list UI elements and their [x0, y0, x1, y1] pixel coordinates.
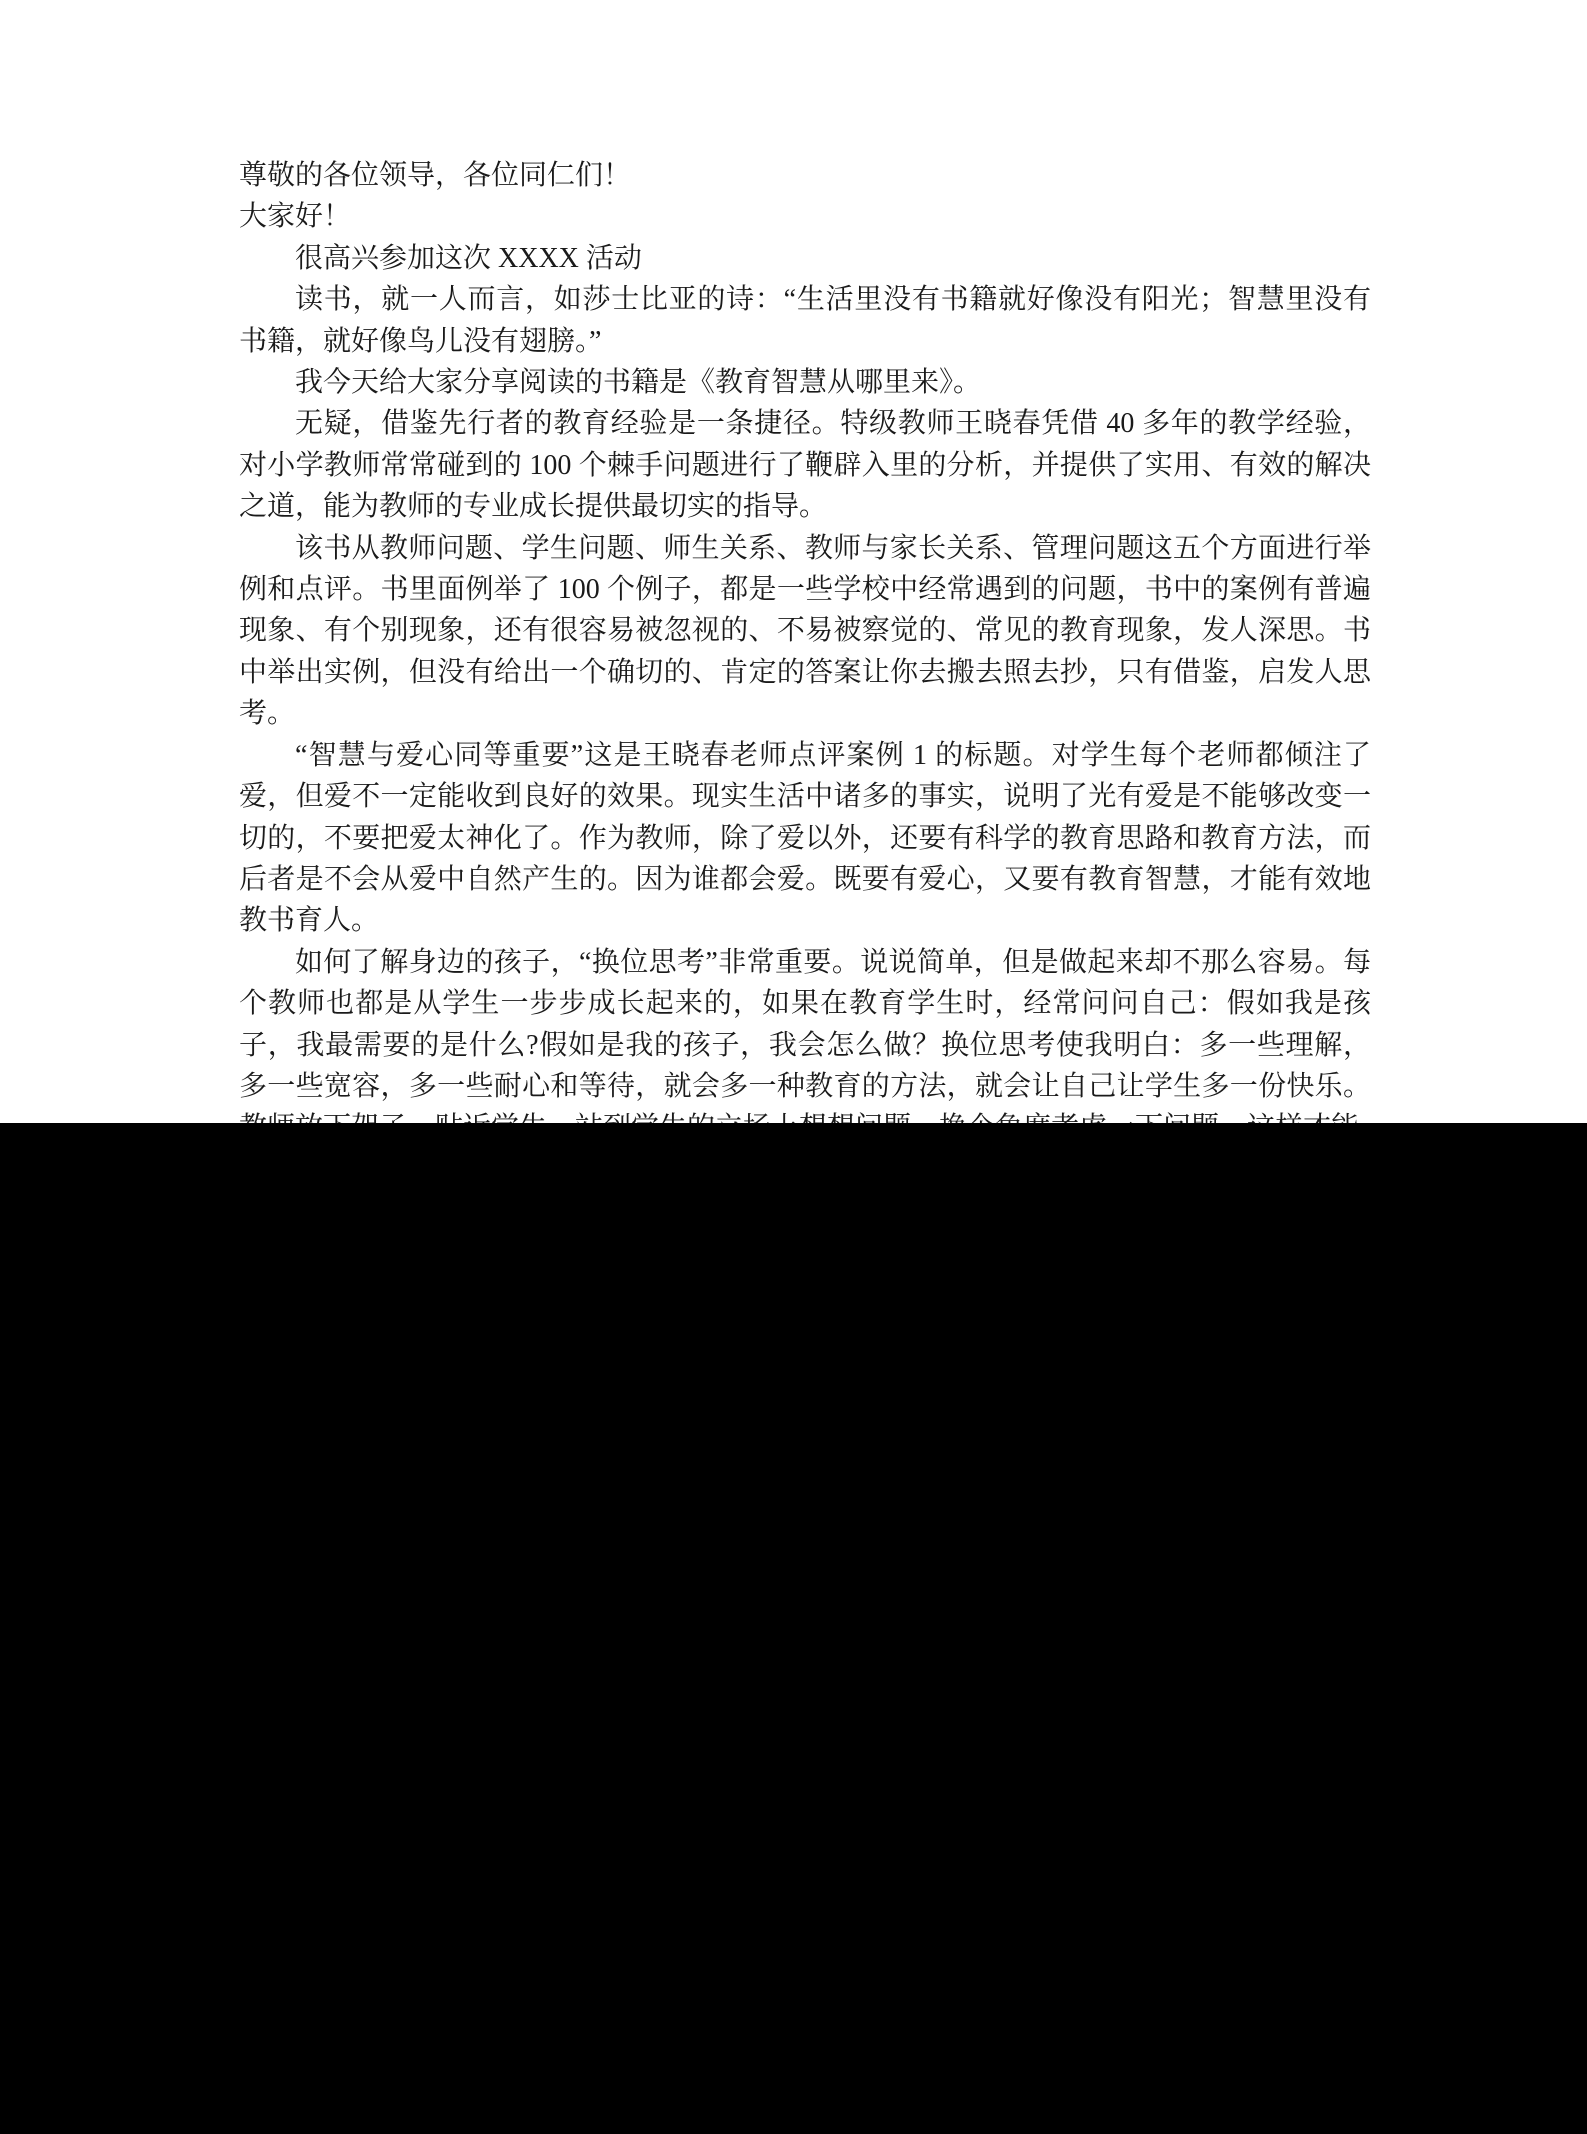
paragraph: 读书，就一人而言，如莎士比亚的诗：“生活里没有书籍就好像没有阳光；智慧里没有书籍…: [239, 279, 1371, 362]
letterbox-black-area: [0, 1123, 1587, 2134]
paragraph: 很高兴参加这次 XXXX 活动: [239, 238, 1371, 279]
document-body: 尊敬的各位领导，各位同仁们！大家好！很高兴参加这次 XXXX 活动读书，就一人而…: [239, 155, 1371, 1123]
document-page: 尊敬的各位领导，各位同仁们！大家好！很高兴参加这次 XXXX 活动读书，就一人而…: [0, 0, 1587, 1123]
paragraph: 无疑，借鉴先行者的教育经验是一条捷径。特级教师王晓春凭借 40 多年的教学经验，…: [239, 403, 1371, 527]
paragraph: “智慧与爱心同等重要”这是王晓春老师点评案例 1 的标题。对学生每个老师都倾注了…: [239, 735, 1371, 942]
paragraph: 大家好！: [239, 196, 1371, 237]
paragraph: 该书从教师问题、学生问题、师生关系、教师与家长关系、管理问题这五个方面进行举例和…: [239, 528, 1371, 735]
paragraph: 我今天给大家分享阅读的书籍是《教育智慧从哪里来》。: [239, 362, 1371, 403]
paragraph: 如何了解身边的孩子，“换位思考”非常重要。说说简单，但是做起来却不那么容易。每个…: [239, 942, 1371, 1123]
paragraph: 尊敬的各位领导，各位同仁们！: [239, 155, 1371, 196]
